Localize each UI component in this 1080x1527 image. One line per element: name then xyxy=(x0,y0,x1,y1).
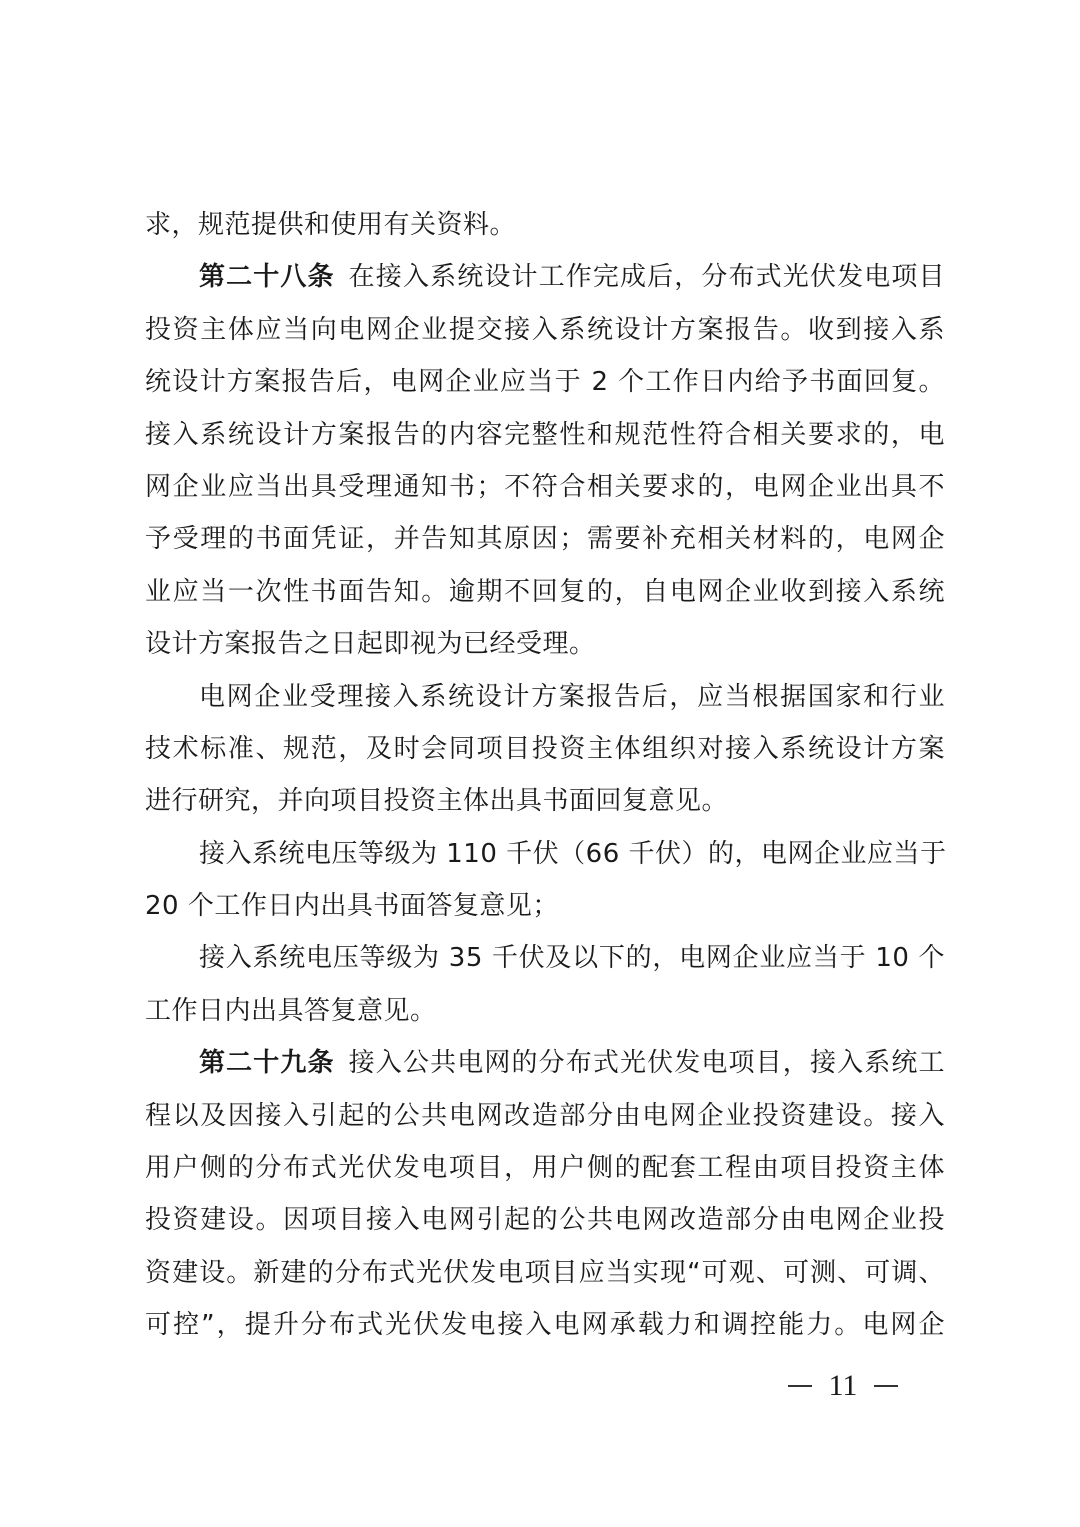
dash-left xyxy=(788,1385,812,1387)
text-line: 20 个工作日内出具书面答复意见； xyxy=(145,880,945,932)
text-line: 投资主体应当向电网企业提交接入系统设计方案报告。收到接入系 xyxy=(145,304,945,356)
line-text: 投资建设。因项目接入电网引起的公共电网改造部分由电网企业投 xyxy=(145,1205,945,1235)
text-line: 接入系统电压等级为 35 千伏及以下的，电网企业应当于 10 个 xyxy=(145,932,945,984)
text-line: 求，规范提供和使用有关资料。 xyxy=(145,199,945,251)
text-line: 第二十九条接入公共电网的分布式光伏发电项目，接入系统工 xyxy=(145,1037,945,1089)
line-text: 用户侧的分布式光伏发电项目，用户侧的配套工程由项目投资主体 xyxy=(145,1153,945,1183)
text-line: 电网企业受理接入系统设计方案报告后，应当根据国家和行业 xyxy=(145,671,945,723)
paragraph: 接入系统电压等级为 110 千伏（66 千伏）的，电网企业应当于20 个工作日内… xyxy=(145,828,945,933)
paragraph: 电网企业受理接入系统设计方案报告后，应当根据国家和行业技术标准、规范，及时会同项… xyxy=(145,671,945,828)
line-text: 接入系统设计方案报告的内容完整性和规范性符合相关要求的，电 xyxy=(145,420,945,450)
text-line: 工作日内出具答复意见。 xyxy=(145,985,945,1037)
line-text: 业应当一次性书面告知。逾期不回复的，自电网企业收到接入系统 xyxy=(145,577,945,607)
line-text: 电网企业受理接入系统设计方案报告后，应当根据国家和行业 xyxy=(199,682,945,712)
document-body: 求，规范提供和使用有关资料。第二十八条在接入系统设计工作完成后，分布式光伏发电项… xyxy=(145,199,945,1352)
line-text: 接入系统电压等级为 35 千伏及以下的，电网企业应当于 10 个 xyxy=(199,943,945,973)
text-line: 统设计方案报告后，电网企业应当于 2 个工作日内给予书面回复。 xyxy=(145,356,945,408)
paragraph: 求，规范提供和使用有关资料。 xyxy=(145,199,945,251)
text-line: 技术标准、规范，及时会同项目投资主体组织对接入系统设计方案 xyxy=(145,723,945,775)
line-text: 接入系统电压等级为 110 千伏（66 千伏）的，电网企业应当于 xyxy=(199,839,947,869)
page-number: 11 xyxy=(829,1369,858,1403)
text-line: 第二十八条在接入系统设计工作完成后，分布式光伏发电项目 xyxy=(145,251,945,303)
line-text: 统设计方案报告后，电网企业应当于 2 个工作日内给予书面回复。 xyxy=(145,367,945,397)
text-line: 进行研究，并向项目投资主体出具书面回复意见。 xyxy=(145,775,945,827)
line-text: 资建设。新建的分布式光伏发电项目应当实现“可观、可测、可调、 xyxy=(145,1258,945,1288)
paragraph: 第二十八条在接入系统设计工作完成后，分布式光伏发电项目投资主体应当向电网企业提交… xyxy=(145,251,945,670)
text-line: 接入系统电压等级为 110 千伏（66 千伏）的，电网企业应当于 xyxy=(145,828,945,880)
line-text: 工作日内出具答复意见。 xyxy=(145,996,437,1026)
text-line: 接入系统设计方案报告的内容完整性和规范性符合相关要求的，电 xyxy=(145,409,945,461)
line-text: 可控”，提升分布式光伏发电接入电网承载力和调控能力。电网企 xyxy=(145,1310,945,1340)
article-number: 第二十八条 xyxy=(199,262,335,292)
text-line: 资建设。新建的分布式光伏发电项目应当实现“可观、可测、可调、 xyxy=(145,1247,945,1299)
line-text: 程以及因接入引起的公共电网改造部分由电网企业投资建设。接入 xyxy=(145,1101,945,1131)
text-line: 予受理的书面凭证，并告知其原因；需要补充相关材料的，电网企 xyxy=(145,513,945,565)
text-line: 投资建设。因项目接入电网引起的公共电网改造部分由电网企业投 xyxy=(145,1194,945,1246)
line-text: 20 个工作日内出具书面答复意见； xyxy=(145,891,559,921)
text-line: 设计方案报告之日起即视为已经受理。 xyxy=(145,618,945,670)
line-text: 技术标准、规范，及时会同项目投资主体组织对接入系统设计方案 xyxy=(145,734,945,764)
text-line: 业应当一次性书面告知。逾期不回复的，自电网企业收到接入系统 xyxy=(145,566,945,618)
paragraph: 第二十九条接入公共电网的分布式光伏发电项目，接入系统工程以及因接入引起的公共电网… xyxy=(145,1037,945,1351)
page-number-footer: 11 xyxy=(788,1366,898,1406)
text-line: 程以及因接入引起的公共电网改造部分由电网企业投资建设。接入 xyxy=(145,1090,945,1142)
line-text: 投资主体应当向电网企业提交接入系统设计方案报告。收到接入系 xyxy=(145,315,945,345)
line-text: 设计方案报告之日起即视为已经受理。 xyxy=(145,629,596,659)
text-line: 网企业应当出具受理通知书；不符合相关要求的，电网企业出具不 xyxy=(145,461,945,513)
paragraph: 接入系统电压等级为 35 千伏及以下的，电网企业应当于 10 个工作日内出具答复… xyxy=(145,932,945,1037)
document-page: 求，规范提供和使用有关资料。第二十八条在接入系统设计工作完成后，分布式光伏发电项… xyxy=(0,0,1080,1527)
text-line: 用户侧的分布式光伏发电项目，用户侧的配套工程由项目投资主体 xyxy=(145,1142,945,1194)
text-line: 可控”，提升分布式光伏发电接入电网承载力和调控能力。电网企 xyxy=(145,1299,945,1351)
line-text: 求，规范提供和使用有关资料。 xyxy=(145,210,516,240)
dash-right xyxy=(874,1385,898,1387)
article-number: 第二十九条 xyxy=(199,1048,335,1078)
line-text: 进行研究，并向项目投资主体出具书面回复意见。 xyxy=(145,786,728,816)
line-text: 网企业应当出具受理通知书；不符合相关要求的，电网企业出具不 xyxy=(145,472,945,502)
line-text: 在接入系统设计工作完成后，分布式光伏发电项目 xyxy=(349,262,945,292)
line-text: 接入公共电网的分布式光伏发电项目，接入系统工 xyxy=(349,1048,945,1078)
line-text: 予受理的书面凭证，并告知其原因；需要补充相关材料的，电网企 xyxy=(145,524,945,554)
